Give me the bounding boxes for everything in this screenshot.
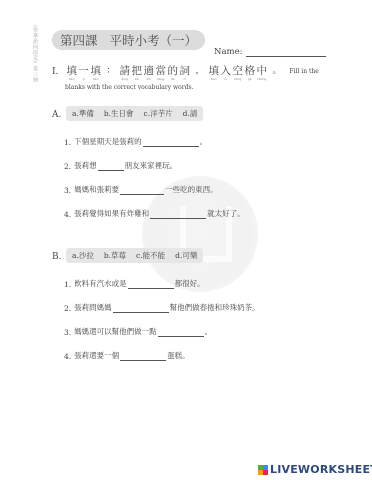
ruby-char: 格gé — [244, 66, 255, 81]
question-text-before: 下個星期天是張莉的 — [74, 136, 142, 147]
question-row: 3.媽媽和張莉要一些吃的東西。 — [64, 184, 218, 195]
question-text-after: 一些吃的東西。 — [165, 184, 218, 195]
instruction-number: I. — [52, 67, 58, 77]
pinyin: de — [171, 77, 175, 81]
char: 格 — [244, 66, 255, 77]
lesson-label: 第四課 — [60, 31, 98, 49]
pinyin: dàng — [157, 77, 165, 81]
answer-blank[interactable] — [113, 304, 169, 313]
question-row: 1.下個星期天是張莉的。 — [64, 136, 207, 147]
question-text-after: 就太好了。 — [207, 208, 245, 219]
side-note: 《學華語向前走》第三冊 — [30, 22, 38, 83]
ruby-char: 把bǎ — [131, 66, 142, 81]
pinyin: bǎ — [135, 77, 139, 81]
ruby-char: 填tián — [208, 66, 219, 81]
question-text-before: 飲料有汽水或是 — [74, 278, 127, 289]
logo-text: LIVEWORKSHEETS — [270, 463, 372, 476]
question-row: 4.張莉還要一個蛋糕。 — [64, 350, 190, 361]
question-text-before: 張莉想 — [74, 160, 97, 171]
quiz-label: 平時小考（一） — [110, 31, 198, 49]
char: 填 — [90, 66, 101, 77]
question-number: 2. — [64, 304, 71, 313]
section-a-word-bank: a.準備b.生日會c.洋芋片d.請 — [66, 106, 203, 121]
pinyin: yì — [82, 77, 85, 81]
word-option: c.洋芋片 — [144, 108, 173, 119]
ruby-char: 填tián — [66, 66, 77, 81]
pinyin: gé — [248, 77, 252, 81]
colon: ： — [106, 66, 115, 77]
char: 填 — [208, 66, 219, 77]
liveworksheets-icon — [258, 465, 268, 475]
period: 。 — [272, 66, 281, 77]
answer-blank[interactable] — [150, 210, 206, 219]
char: 請 — [119, 66, 130, 77]
instruction-english-1: Fill in the — [289, 66, 318, 77]
question-number: 3. — [64, 186, 71, 195]
char: 當 — [155, 66, 166, 77]
pinyin: tián — [211, 77, 217, 81]
pinyin: rù — [224, 77, 227, 81]
question-text-after: 。 — [205, 326, 213, 337]
pinyin: kòng — [234, 77, 241, 81]
section-a-label: A. — [52, 110, 61, 120]
word-option: a.準備 — [72, 108, 94, 119]
ruby-char: 填tián — [90, 66, 101, 81]
char: 適 — [143, 66, 154, 77]
question-text-after: 幫他們做春捲和珍珠奶茶。 — [170, 302, 260, 313]
liveworksheets-logo: LIVEWORKSHEETS — [258, 463, 372, 476]
name-input[interactable] — [246, 48, 326, 57]
pinyin: zhōng — [257, 77, 266, 81]
answer-blank[interactable] — [158, 328, 204, 337]
char: 中 — [256, 66, 267, 77]
ruby-char: 一yì — [78, 66, 89, 81]
worksheet-title: 第四課 平時小考（一） — [52, 30, 205, 50]
char: 填 — [66, 66, 77, 77]
question-text-before: 媽媽還可以幫他們做一點 — [74, 326, 157, 337]
question-row: 4.張莉覺得如果有炸雞和就太好了。 — [64, 208, 245, 219]
pinyin: qǐng — [121, 77, 128, 81]
char: 一 — [78, 66, 89, 77]
word-option: c.能不能 — [136, 250, 165, 261]
section-b-label: B. — [52, 252, 61, 262]
instruction-english-2: blanks with the correct vocabulary words… — [65, 84, 319, 91]
char: 的 — [167, 66, 178, 77]
pinyin: tián — [93, 77, 99, 81]
pinyin: tián — [69, 77, 75, 81]
ruby-char: 當dàng — [155, 66, 166, 81]
question-text-after: 都很好。 — [175, 278, 205, 289]
ruby-char: 的de — [167, 66, 178, 81]
char: 把 — [131, 66, 142, 77]
question-number: 4. — [64, 210, 71, 219]
answer-blank[interactable] — [120, 352, 166, 361]
answer-blank[interactable] — [98, 162, 124, 171]
comma: ， — [195, 66, 204, 77]
question-row: 2.張莉問媽媽幫他們做春捲和珍珠奶茶。 — [64, 302, 260, 313]
char: 空 — [232, 66, 243, 77]
ruby-char: 中zhōng — [256, 66, 267, 81]
worksheet-page: 《學華語向前走》第三冊 第四課 平時小考（一） Name: I. 填tián一y… — [0, 0, 372, 480]
question-number: 3. — [64, 328, 71, 337]
name-label: Name: — [214, 47, 242, 57]
question-row: 3.媽媽還可以幫他們做一點。 — [64, 326, 212, 337]
question-text-after: 蛋糕。 — [167, 350, 190, 361]
question-number: 1. — [64, 280, 71, 289]
question-row: 2.張莉想朋友來家裡玩。 — [64, 160, 177, 171]
answer-blank[interactable] — [128, 280, 174, 289]
instructions: I. 填tián一yì填tián ： 請qǐng把bǎ適shì當dàng的de詞… — [52, 66, 319, 91]
ruby-char: 適shì — [143, 66, 154, 81]
word-option: b.生日會 — [104, 108, 134, 119]
pinyin: cí — [183, 77, 185, 81]
question-number: 4. — [64, 352, 71, 361]
char: 詞 — [179, 66, 190, 77]
ruby-char: 詞cí — [179, 66, 190, 81]
ruby-char: 入rù — [220, 66, 231, 81]
ruby-char: 空kòng — [232, 66, 243, 81]
word-option: b.草莓 — [104, 250, 126, 261]
question-text-before: 張莉覺得如果有炸雞和 — [74, 208, 149, 219]
answer-blank[interactable] — [120, 186, 164, 195]
question-text-before: 張莉問媽媽 — [74, 302, 112, 313]
question-number: 2. — [64, 162, 71, 171]
section-b-word-bank: a.沙拉b.草莓c.能不能d.可樂 — [66, 248, 203, 263]
question-number: 1. — [64, 138, 71, 147]
ruby-char: 請qǐng — [119, 66, 130, 81]
word-option: d.請 — [183, 108, 198, 119]
question-text-after: 朋友來家裡玩。 — [125, 160, 178, 171]
word-option: a.沙拉 — [72, 250, 94, 261]
char: 入 — [220, 66, 231, 77]
pinyin: shì — [147, 77, 151, 81]
word-option: d.可樂 — [175, 250, 197, 261]
answer-blank[interactable] — [143, 138, 199, 147]
question-row: 1.飲料有汽水或是都很好。 — [64, 278, 205, 289]
question-text-before: 張莉還要一個 — [74, 350, 119, 361]
name-row: Name: — [214, 47, 326, 57]
question-text-after: 。 — [200, 136, 208, 147]
question-text-before: 媽媽和張莉要 — [74, 184, 119, 195]
